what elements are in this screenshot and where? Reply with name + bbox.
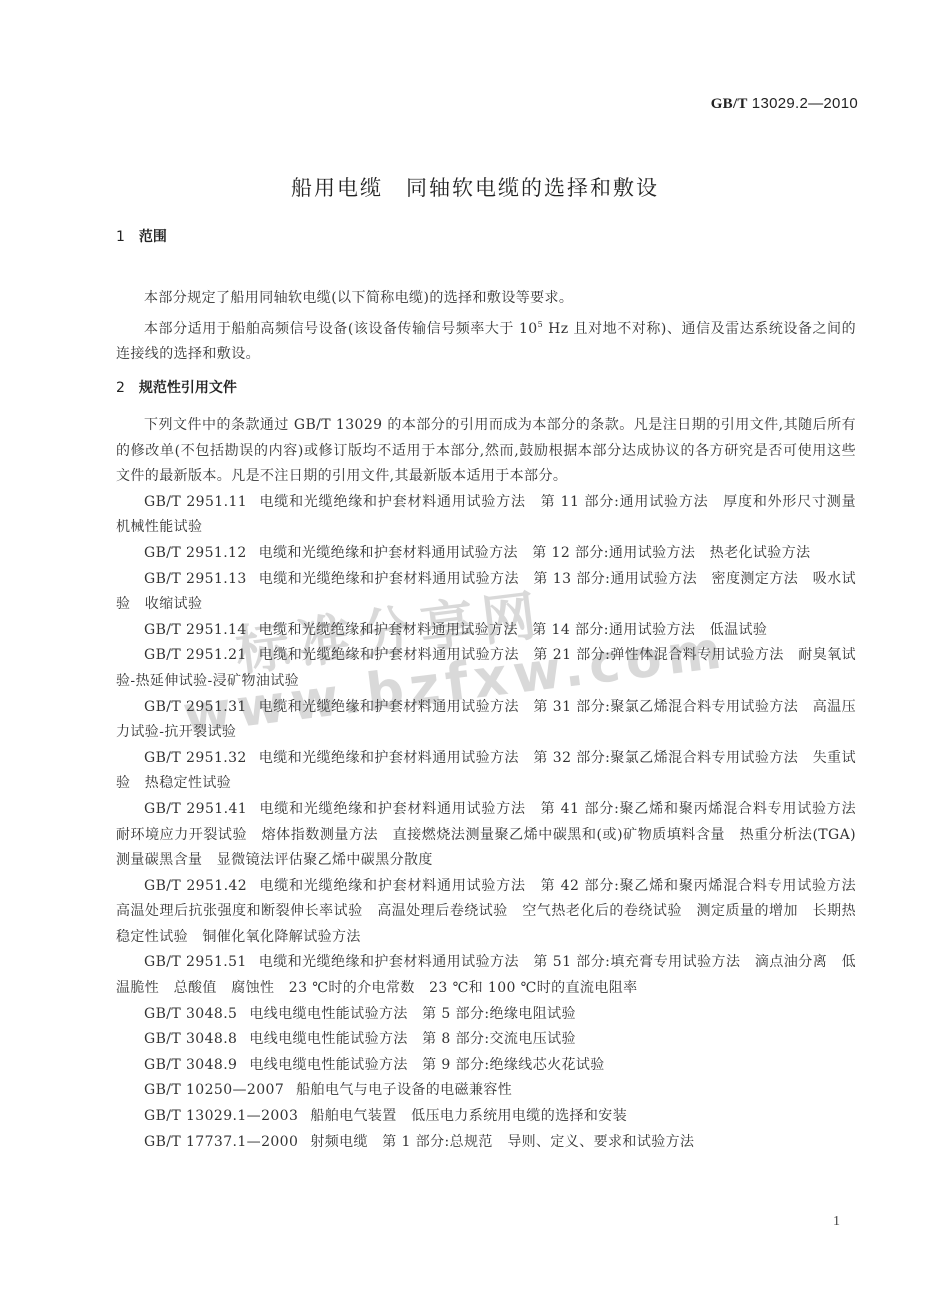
section-2-heading: 2规范性引用文件 [116,377,237,397]
section-1-heading: 1范围 [116,226,167,246]
reference-list: GB/T 2951.11电缆和光缆绝缘和护套材料通用试验方法 第 11 部分:通… [116,490,856,1155]
reference-item: GB/T 17737.1—2000射频电缆 第 1 部分:总规范 导则、定义、要… [116,1130,856,1156]
document-title: 船用电缆 同轴软电缆的选择和敷设 [0,172,950,202]
reference-item: GB/T 2951.51电缆和光缆绝缘和护套材料通用试验方法 第 51 部分:填… [116,950,856,1001]
section-1-body: 本部分规定了船用同轴软电缆(以下简称电缆)的选择和敷设等要求。 本部分适用于船舶… [116,286,856,368]
reference-item: GB/T 2951.12电缆和光缆绝缘和护套材料通用试验方法 第 12 部分:通… [116,541,856,567]
section-2-body: 下列文件中的条款通过 GB/T 13029 的本部分的引用而成为本部分的条款。凡… [116,413,856,1155]
reference-code: GB/T 17737.1—2000 [144,1134,298,1150]
reference-code: GB/T 3048.5 [144,1006,237,1022]
reference-code: GB/T 2951.42 [144,878,247,894]
reference-item: GB/T 2951.31电缆和光缆绝缘和护套材料通用试验方法 第 31 部分:聚… [116,695,856,746]
reference-title: 船舶电气装置 低压电力系统用电缆的选择和安装 [310,1108,627,1124]
reference-code: GB/T 2951.14 [144,622,247,638]
reference-code: GB/T 2951.12 [144,545,247,561]
reference-title: 电缆和光缆绝缘和护套材料通用试验方法 第 12 部分:通用试验方法 热老化试验方… [259,545,811,561]
reference-title: 电线电缆电性能试验方法 第 9 部分:绝缘线芯火花试验 [249,1057,604,1073]
reference-item: GB/T 3048.5电线电缆电性能试验方法 第 5 部分:绝缘电阻试验 [116,1002,856,1028]
reference-item: GB/T 10250—2007船舶电气与电子设备的电磁兼容性 [116,1078,856,1104]
section-title: 范围 [139,229,167,245]
reference-item: GB/T 3048.9电线电缆电性能试验方法 第 9 部分:绝缘线芯火花试验 [116,1053,856,1079]
reference-code: GB/T 2951.13 [144,571,247,587]
reference-code: GB/T 2951.41 [144,801,247,817]
page-number: 1 [833,1214,840,1230]
reference-title: 电线电缆电性能试验方法 第 5 部分:绝缘电阻试验 [249,1006,576,1022]
reference-item: GB/T 2951.42电缆和光缆绝缘和护套材料通用试验方法 第 42 部分:聚… [116,874,856,951]
reference-item: GB/T 2951.14电缆和光缆绝缘和护套材料通用试验方法 第 14 部分:通… [116,618,856,644]
reference-code: GB/T 3048.9 [144,1057,237,1073]
reference-code: GB/T 2951.31 [144,699,247,715]
section-number: 1 [116,229,125,245]
reference-item: GB/T 2951.13电缆和光缆绝缘和护套材料通用试验方法 第 13 部分:通… [116,567,856,618]
standard-prefix: GB/T [711,96,748,112]
reference-item: GB/T 13029.1—2003船舶电气装置 低压电力系统用电缆的选择和安装 [116,1104,856,1130]
reference-title: 电线电缆电性能试验方法 第 8 部分:交流电压试验 [249,1031,576,1047]
reference-title: 船舶电气与电子设备的电磁兼容性 [296,1082,512,1098]
reference-code: GB/T 2951.21 [144,647,247,663]
reference-title: 射频电缆 第 1 部分:总规范 导则、定义、要求和试验方法 [310,1134,694,1150]
reference-code: GB/T 10250—2007 [144,1082,284,1098]
scope-paragraph-2: 本部分适用于船舶高频信号设备(该设备传输信号频率大于 105 Hz 且对地不对称… [116,312,856,368]
scope-paragraph-1: 本部分规定了船用同轴软电缆(以下简称电缆)的选择和敷设等要求。 [116,286,856,312]
reference-code: GB/T 2951.11 [144,494,247,510]
reference-item: GB/T 2951.21电缆和光缆绝缘和护套材料通用试验方法 第 21 部分:弹… [116,643,856,694]
document-page: GB/T 13029.2—2010 船用电缆 同轴软电缆的选择和敷设 1范围 本… [0,0,950,1290]
section-title: 规范性引用文件 [139,380,237,396]
reference-code: GB/T 3048.8 [144,1031,237,1047]
reference-code: GB/T 2951.51 [144,954,247,970]
reference-code: GB/T 2951.32 [144,750,247,766]
section-number: 2 [116,380,125,396]
reference-item: GB/T 2951.41电缆和光缆绝缘和护套材料通用试验方法 第 41 部分:聚… [116,797,856,874]
references-intro: 下列文件中的条款通过 GB/T 13029 的本部分的引用而成为本部分的条款。凡… [116,413,856,490]
reference-code: GB/T 13029.1—2003 [144,1108,298,1124]
reference-item: GB/T 2951.32电缆和光缆绝缘和护套材料通用试验方法 第 32 部分:聚… [116,746,856,797]
standard-number: 13029.2—2010 [752,95,858,112]
reference-item: GB/T 2951.11电缆和光缆绝缘和护套材料通用试验方法 第 11 部分:通… [116,490,856,541]
reference-title: 电缆和光缆绝缘和护套材料通用试验方法 第 14 部分:通用试验方法 低温试验 [259,622,768,638]
reference-item: GB/T 3048.8电线电缆电性能试验方法 第 8 部分:交流电压试验 [116,1027,856,1053]
standard-number-header: GB/T 13029.2—2010 [711,95,858,113]
